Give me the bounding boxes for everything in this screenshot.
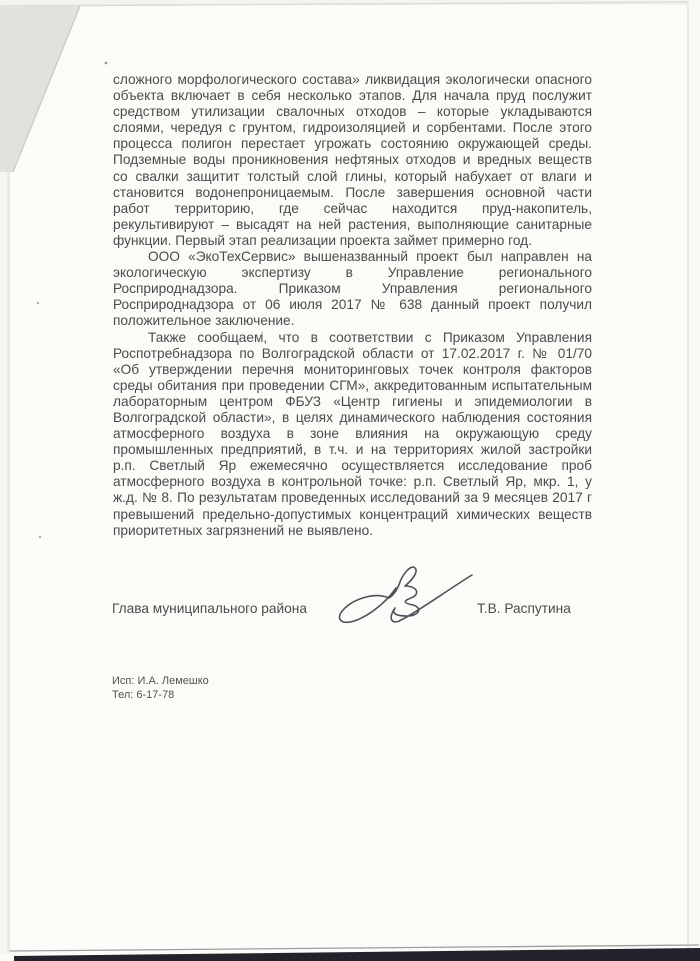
- text-line: Волгоградской области», в целях динамиче…: [113, 410, 592, 426]
- text-line: Также сообщаем, что в соответствии с При…: [113, 330, 592, 346]
- text-line: Росприроднадзора от 06 июля 2017 № 638 д…: [113, 297, 592, 313]
- text-line: рекультивируют – высадят на ней растения…: [113, 217, 592, 233]
- text-line: Росприроднадзора. Приказом Управления ре…: [113, 281, 592, 297]
- paragraph: сложного морфологического состава» ликви…: [113, 72, 592, 249]
- paragraph: ООО «ЭкоТехСервис» вышеназванный проект …: [113, 249, 592, 329]
- text-line: р.п. Светлый Яр ежемесячно осуществляетс…: [113, 458, 592, 474]
- text-line: становится водонепроницаемым. После заве…: [113, 185, 592, 201]
- text-line: процесса полигон перестает угрожать сост…: [113, 136, 592, 152]
- text-line: Роспотребнадзора по Волгоградской област…: [113, 346, 592, 362]
- dust-speck: [105, 62, 108, 65]
- text-line: промышленных предприятий, в т.ч. и на те…: [113, 442, 592, 458]
- text-line: ж.д. № 8. По результатам проведенных исс…: [113, 490, 592, 506]
- text-line: функции. Первый этап реализации проекта …: [113, 233, 592, 249]
- phone-line: Тел: 6-17-78: [112, 689, 209, 703]
- text-line: Подземные воды проникновения нефтяных от…: [113, 152, 592, 168]
- text-line: атмосферного воздуха в зоне влияния на о…: [113, 426, 592, 442]
- handwritten-signature-icon: [326, 558, 480, 638]
- text-line: «Об утверждении перечня мониторинговых т…: [113, 362, 592, 378]
- signer-name: Т.В. Распутина: [477, 601, 571, 616]
- text-line: слоями, чередуя с грунтом, гидроизоляцие…: [113, 120, 592, 136]
- text-line: атмосферного воздуха в контрольной точке…: [113, 474, 592, 490]
- paragraph: Также сообщаем, что в соответствии с При…: [113, 330, 592, 539]
- dust-speck: [39, 536, 41, 538]
- text-line: средством утилизации свалочных отходов –…: [113, 104, 592, 120]
- text-line: сложного морфологического состава» ликви…: [113, 72, 592, 88]
- signer-title: Глава муниципального района: [112, 601, 307, 616]
- text-line: со свалки защитит толстый слой глины, ко…: [113, 169, 592, 185]
- scanned-document-page: сложного морфологического состава» ликви…: [0, 0, 700, 961]
- text-line: лабораторным центром ФБУЗ «Центр гигиены…: [113, 394, 592, 410]
- footer-block: Исп: И.А. Лемешко Тел: 6-17-78: [112, 675, 209, 702]
- corner-fold: [0, 6, 80, 172]
- document-body: сложного морфологического состава» ликви…: [113, 72, 592, 539]
- executor-line: Исп: И.А. Лемешко: [112, 675, 209, 689]
- text-line: работ территорию, где сейчас находится п…: [113, 201, 592, 217]
- text-line: положительное заключение.: [113, 313, 592, 329]
- text-line: объекта включает в себя несколько этапов…: [113, 88, 592, 104]
- dust-speck: [37, 302, 39, 304]
- scanner-right-band: [689, 0, 700, 950]
- text-line: ООО «ЭкоТехСервис» вышеназванный проект …: [113, 249, 592, 265]
- text-line: среды обитания при проведении СГМ», аккр…: [113, 378, 592, 394]
- text-line: приоритетных загрязнений не выявлено.: [113, 523, 592, 539]
- text-line: экологическую экспертизу в Управление ре…: [113, 265, 592, 281]
- text-line: превышений предельно-допустимых концентр…: [113, 507, 592, 523]
